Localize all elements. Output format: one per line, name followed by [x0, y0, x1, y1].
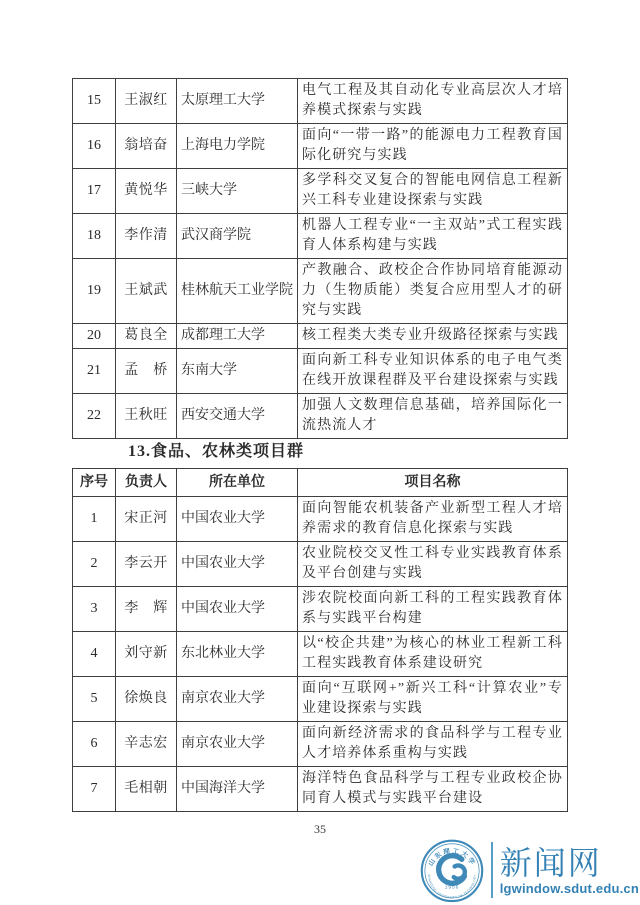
cell-unit: 中国农业大学: [177, 542, 298, 587]
site-url: lgwindow.sdut.edu.cn: [500, 881, 639, 896]
cell-project: 面向新工科专业知识体系的电子电气类在线开放课程群及平台建设探索与实践: [298, 349, 568, 394]
cell-no: 5: [73, 677, 116, 722]
table-row: 6 辛志宏 南京农业大学 面向新经济需求的食品科学与工程专业人才培养体系重构与实…: [73, 722, 568, 767]
table-row: 7 毛相朝 中国海洋大学 海洋特色食品科学与工程专业政校企协同育人模式与实践平台…: [73, 767, 568, 812]
university-seal-icon: 山东理工大学 1956 SHANDONG UNIVERSITY OF TECHN…: [420, 837, 484, 903]
document-page: 15 王淑红 太原理工大学 电气工程及其自动化专业高层次人才培养模式探索与实践 …: [0, 0, 640, 905]
svg-text:1956: 1956: [445, 885, 459, 891]
cell-no: 16: [73, 124, 116, 169]
cell-project: 面向“互联网+”新兴工科“计算农业”专业建设探索与实践: [298, 677, 568, 722]
watermark-text-block: 新闻网 lgwindow.sdut.edu.cn: [500, 845, 639, 896]
cell-no: 4: [73, 632, 116, 677]
table-row: 19 王斌武 桂林航天工业学院 产教融合、政校企合作协同培育能源动力（生物质能）…: [73, 259, 568, 324]
cell-unit: 中国海洋大学: [177, 767, 298, 812]
cell-project: 加强人文数理信息基础，培养国际化一流热流人才: [298, 394, 568, 439]
cell-unit: 南京农业大学: [177, 722, 298, 767]
cell-project: 农业院校交叉性工科专业实践教育体系及平台创建与实践: [298, 542, 568, 587]
cell-no: 1: [73, 497, 116, 542]
table-header-row: 序号 负责人 所在单位 项目名称: [73, 469, 568, 497]
cell-no: 17: [73, 169, 116, 214]
table-row: 22 王秋旺 西安交通大学 加强人文数理信息基础，培养国际化一流热流人才: [73, 394, 568, 439]
cell-unit: 中国农业大学: [177, 497, 298, 542]
cell-unit: 太原理工大学: [177, 79, 298, 124]
table-row: 2 李云开 中国农业大学 农业院校交叉性工科专业实践教育体系及平台创建与实践: [73, 542, 568, 587]
cell-unit: 上海电力学院: [177, 124, 298, 169]
table-row: 17 黄悦华 三峡大学 多学科交叉复合的智能电网信息工程新兴工科专业建设探索与实…: [73, 169, 568, 214]
table-row: 20 葛良全 成都理工大学 核工程类大类专业升级路径探索与实践: [73, 324, 568, 349]
cell-no: 6: [73, 722, 116, 767]
cell-unit: 三峡大学: [177, 169, 298, 214]
cell-name: 李 辉: [116, 587, 177, 632]
table-row: 16 翁培奋 上海电力学院 面向“一带一路”的能源电力工程教育国际化研究与实践: [73, 124, 568, 169]
table-row: 21 孟 桥 东南大学 面向新工科专业知识体系的电子电气类在线开放课程群及平台建…: [73, 349, 568, 394]
cell-name: 刘守新: [116, 632, 177, 677]
cell-project: 面向“一带一路”的能源电力工程教育国际化研究与实践: [298, 124, 568, 169]
cell-project: 产教融合、政校企合作协同培育能源动力（生物质能）类复合应用型人才的研究与实践: [298, 259, 568, 324]
project-table-continued: 15 王淑红 太原理工大学 电气工程及其自动化专业高层次人才培养模式探索与实践 …: [72, 78, 568, 439]
cell-project: 涉农院校面向新工科的工程实践教育体系与实践平台构建: [298, 587, 568, 632]
cell-name: 辛志宏: [116, 722, 177, 767]
column-header-unit: 所在单位: [177, 469, 298, 497]
cell-name: 葛良全: [116, 324, 177, 349]
news-site-watermark: 山东理工大学 1956 SHANDONG UNIVERSITY OF TECHN…: [420, 837, 639, 903]
cell-no: 22: [73, 394, 116, 439]
table-row: 5 徐焕良 南京农业大学 面向“互联网+”新兴工科“计算农业”专业建设探索与实践: [73, 677, 568, 722]
cell-unit: 武汉商学院: [177, 214, 298, 259]
cell-name: 黄悦华: [116, 169, 177, 214]
table-row: 4 刘守新 东北林业大学 以“校企共建”为核心的林业工程新工科工程实践教育体系建…: [73, 632, 568, 677]
cell-project: 面向智能农机装备产业新型工程人才培养需求的教育信息化探索与实践: [298, 497, 568, 542]
cell-no: 21: [73, 349, 116, 394]
cell-project: 电气工程及其自动化专业高层次人才培养模式探索与实践: [298, 79, 568, 124]
cell-unit: 南京农业大学: [177, 677, 298, 722]
cell-no: 2: [73, 542, 116, 587]
column-header-project: 项目名称: [298, 469, 568, 497]
cell-name: 王淑红: [116, 79, 177, 124]
cell-name: 李云开: [116, 542, 177, 587]
cell-name: 孟 桥: [116, 349, 177, 394]
table-row: 18 李作清 武汉商学院 机器人工程专业“一主双站”式工程实践育人体系构建与实践: [73, 214, 568, 259]
cell-project: 以“校企共建”为核心的林业工程新工科工程实践教育体系建设研究: [298, 632, 568, 677]
cell-unit: 桂林航天工业学院: [177, 259, 298, 324]
watermark-divider: [491, 842, 493, 898]
cell-no: 3: [73, 587, 116, 632]
table-row: 15 王淑红 太原理工大学 电气工程及其自动化专业高层次人才培养模式探索与实践: [73, 79, 568, 124]
cell-name: 徐焕良: [116, 677, 177, 722]
cell-name: 翁培奋: [116, 124, 177, 169]
cell-unit: 东北林业大学: [177, 632, 298, 677]
column-header-name: 负责人: [116, 469, 177, 497]
cell-unit: 中国农业大学: [177, 587, 298, 632]
section-heading: 13.食品、农林类项目群: [128, 438, 304, 461]
cell-no: 18: [73, 214, 116, 259]
cell-unit: 西安交通大学: [177, 394, 298, 439]
cell-name: 王秋旺: [116, 394, 177, 439]
cell-project: 海洋特色食品科学与工程专业政校企协同育人模式与实践平台建设: [298, 767, 568, 812]
cell-project: 核工程类大类专业升级路径探索与实践: [298, 324, 568, 349]
cell-name: 宋正河: [116, 497, 177, 542]
cell-unit: 成都理工大学: [177, 324, 298, 349]
cell-no: 15: [73, 79, 116, 124]
project-table-food-agriculture: 序号 负责人 所在单位 项目名称 1 宋正河 中国农业大学 面向智能农机装备产业…: [72, 468, 568, 812]
cell-no: 19: [73, 259, 116, 324]
table-row: 3 李 辉 中国农业大学 涉农院校面向新工科的工程实践教育体系与实践平台构建: [73, 587, 568, 632]
cell-name: 王斌武: [116, 259, 177, 324]
cell-project: 机器人工程专业“一主双站”式工程实践育人体系构建与实践: [298, 214, 568, 259]
cell-project: 多学科交叉复合的智能电网信息工程新兴工科专业建设探索与实践: [298, 169, 568, 214]
cell-name: 李作清: [116, 214, 177, 259]
cell-project: 面向新经济需求的食品科学与工程专业人才培养体系重构与实践: [298, 722, 568, 767]
page-number: 35: [0, 822, 640, 837]
site-name: 新闻网: [500, 845, 639, 881]
cell-name: 毛相朝: [116, 767, 177, 812]
cell-no: 20: [73, 324, 116, 349]
column-header-no: 序号: [73, 469, 116, 497]
table-row: 1 宋正河 中国农业大学 面向智能农机装备产业新型工程人才培养需求的教育信息化探…: [73, 497, 568, 542]
cell-unit: 东南大学: [177, 349, 298, 394]
cell-no: 7: [73, 767, 116, 812]
